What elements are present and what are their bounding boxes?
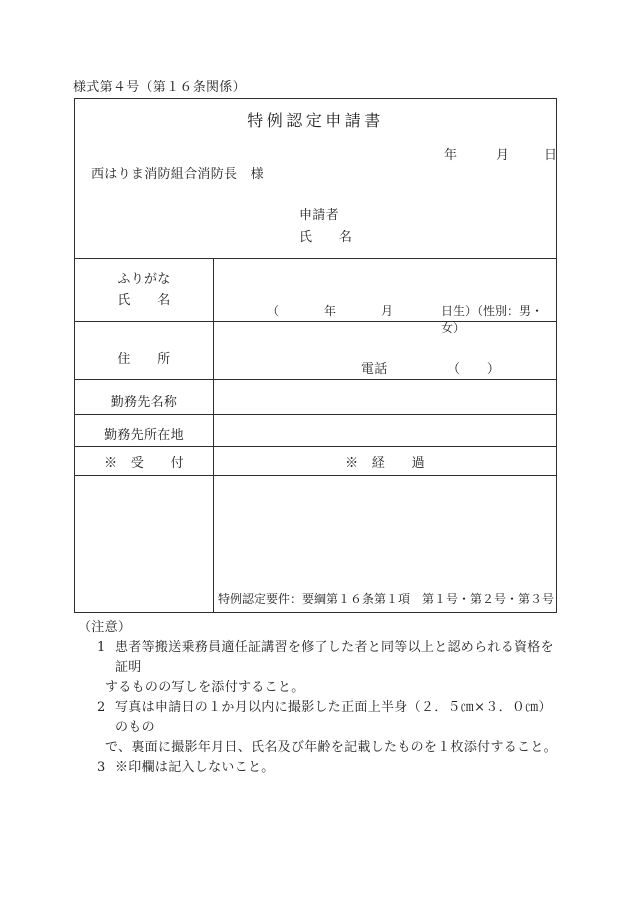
workplace-address-label: 勤務先所在地 bbox=[104, 424, 184, 443]
workplace-name-label: 勤務先名称 bbox=[111, 391, 178, 410]
applicant-name-label: 氏 名 bbox=[299, 226, 352, 245]
document-page: 様式第４号（第１６条関係） 特例認定申請書 年 月 日 西はりま消防組合消防長 … bbox=[0, 0, 630, 903]
application-form-box: 特例認定申請書 年 月 日 西はりま消防組合消防長 様 申請者 氏 名 ふりがな… bbox=[74, 98, 557, 613]
progress-field: 特例認定要件：要綱第１６条第１項 第１号・第２号・第３号 bbox=[214, 476, 556, 612]
note-item-1: 1 患者等搬送乗務員適任証講習を修了した者と同等以上と認められる資格を証明 する… bbox=[97, 638, 560, 698]
address-row: 住 所 電話 （ ） bbox=[75, 321, 556, 379]
note-line: 患者等搬送乗務員適任証講習を修了した者と同等以上と認められる資格を証明 bbox=[115, 638, 560, 678]
note-line: で、裏面に撮影年月日、氏名及び年齢を記載したものを１枚添付すること。 bbox=[105, 738, 560, 758]
note-item-2: 2 写真は申請日の１か月以内に撮影した正面上半身（２．５㎝×３．０㎝）のもの で… bbox=[97, 698, 560, 758]
notes-heading: （注意） bbox=[78, 618, 560, 638]
date-year-label: 年 bbox=[444, 144, 457, 163]
note-line: ※印欄は記入しないこと。 bbox=[115, 758, 560, 778]
reception-field bbox=[75, 476, 214, 612]
progress-header: ※ 経 過 bbox=[214, 447, 556, 475]
address-field: 電話 （ ） bbox=[214, 322, 556, 379]
office-use-header-row: ※ 受 付 ※ 経 過 bbox=[75, 446, 556, 475]
workplace-name-field bbox=[214, 380, 556, 414]
applicant-label: 申請者 bbox=[299, 204, 339, 223]
note-line: するものの写しを添付すること。 bbox=[105, 678, 560, 698]
furigana-label: ふりがな bbox=[117, 269, 170, 290]
phone-label: 電話 bbox=[361, 358, 388, 377]
workplace-name-header: 勤務先名称 bbox=[75, 380, 214, 414]
date-line: 年 月 日 bbox=[75, 144, 556, 160]
reception-header: ※ 受 付 bbox=[75, 447, 214, 475]
form-number-label: 様式第４号（第１６条関係） bbox=[73, 76, 246, 95]
progress-label: ※ 経 過 bbox=[345, 452, 425, 471]
notes-section: （注意） 1 患者等搬送乗務員適任証講習を修了した者と同等以上と認められる資格を… bbox=[78, 618, 560, 778]
name-label: 氏 名 bbox=[117, 290, 170, 311]
workplace-address-field bbox=[214, 415, 556, 446]
phone-line: 電話 （ ） bbox=[214, 358, 556, 374]
birth-date-line: （ 年 月 日生）（性別：男・女） bbox=[214, 302, 556, 318]
address-row-header: 住 所 bbox=[75, 322, 214, 379]
note-line: 写真は申請日の１か月以内に撮影した正面上半身（２．５㎝×３．０㎝）のもの bbox=[115, 698, 560, 738]
workplace-address-header: 勤務先所在地 bbox=[75, 415, 214, 446]
date-month-label: 月 bbox=[496, 144, 509, 163]
note-number: 3 bbox=[97, 758, 115, 778]
reception-label: ※ 受 付 bbox=[104, 452, 184, 471]
name-row-header: ふりがな 氏 名 bbox=[75, 259, 214, 321]
date-day-label: 日 bbox=[544, 144, 557, 163]
form-title: 特例認定申請書 bbox=[75, 108, 556, 131]
birth-paren-open: （ bbox=[267, 302, 279, 319]
name-row: ふりがな 氏 名 （ 年 月 日生）（性別：男・女） bbox=[75, 258, 556, 321]
note-item-3: 3 ※印欄は記入しないこと。 bbox=[97, 758, 560, 778]
form-table: ふりがな 氏 名 （ 年 月 日生）（性別：男・女） 住 所 bbox=[75, 258, 556, 612]
phone-parens: （ ） bbox=[447, 358, 500, 377]
workplace-address-row: 勤務先所在地 bbox=[75, 414, 556, 446]
address-label: 住 所 bbox=[117, 348, 170, 367]
addressee-line: 西はりま消防組合消防長 様 bbox=[91, 163, 264, 182]
requirements-note: 特例認定要件：要綱第１６条第１項 第１号・第２号・第３号 bbox=[218, 590, 554, 607]
office-use-body-row: 特例認定要件：要綱第１６条第１項 第１号・第２号・第３号 bbox=[75, 475, 556, 612]
name-field: （ 年 月 日生）（性別：男・女） bbox=[214, 259, 556, 321]
workplace-name-row: 勤務先名称 bbox=[75, 379, 556, 414]
birth-month-label: 月 bbox=[381, 302, 393, 319]
birth-year-label: 年 bbox=[324, 302, 336, 319]
